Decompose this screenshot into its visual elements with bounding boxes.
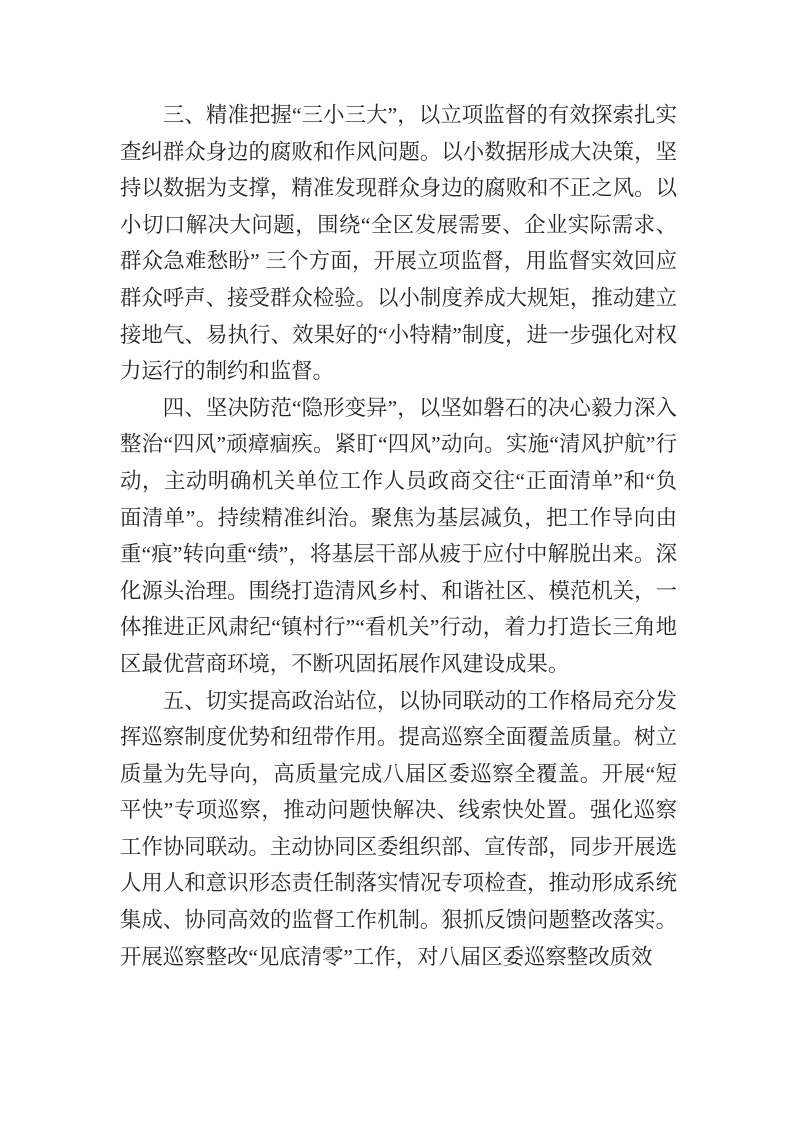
document-text-body: 三、精准把握“三小三大”，以立项监督的有效探索扎实查纠群众身边的腐败和作风问题。… bbox=[120, 97, 677, 975]
document-page: 三、精准把握“三小三大”，以立项监督的有效探索扎实查纠群众身边的腐败和作风问题。… bbox=[0, 0, 794, 1123]
paragraph-section-3: 三、精准把握“三小三大”，以立项监督的有效探索扎实查纠群众身边的腐败和作风问题。… bbox=[120, 97, 677, 390]
paragraph-section-4: 四、坚决防范“隐形变异”，以坚如磐石的决心毅力深入整治“四风”顽瘴痼疾。紧盯“四… bbox=[120, 390, 677, 683]
paragraph-section-5: 五、切实提高政治站位，以协同联动的工作格局充分发挥巡察制度优势和纽带作用。提高巡… bbox=[120, 683, 677, 976]
